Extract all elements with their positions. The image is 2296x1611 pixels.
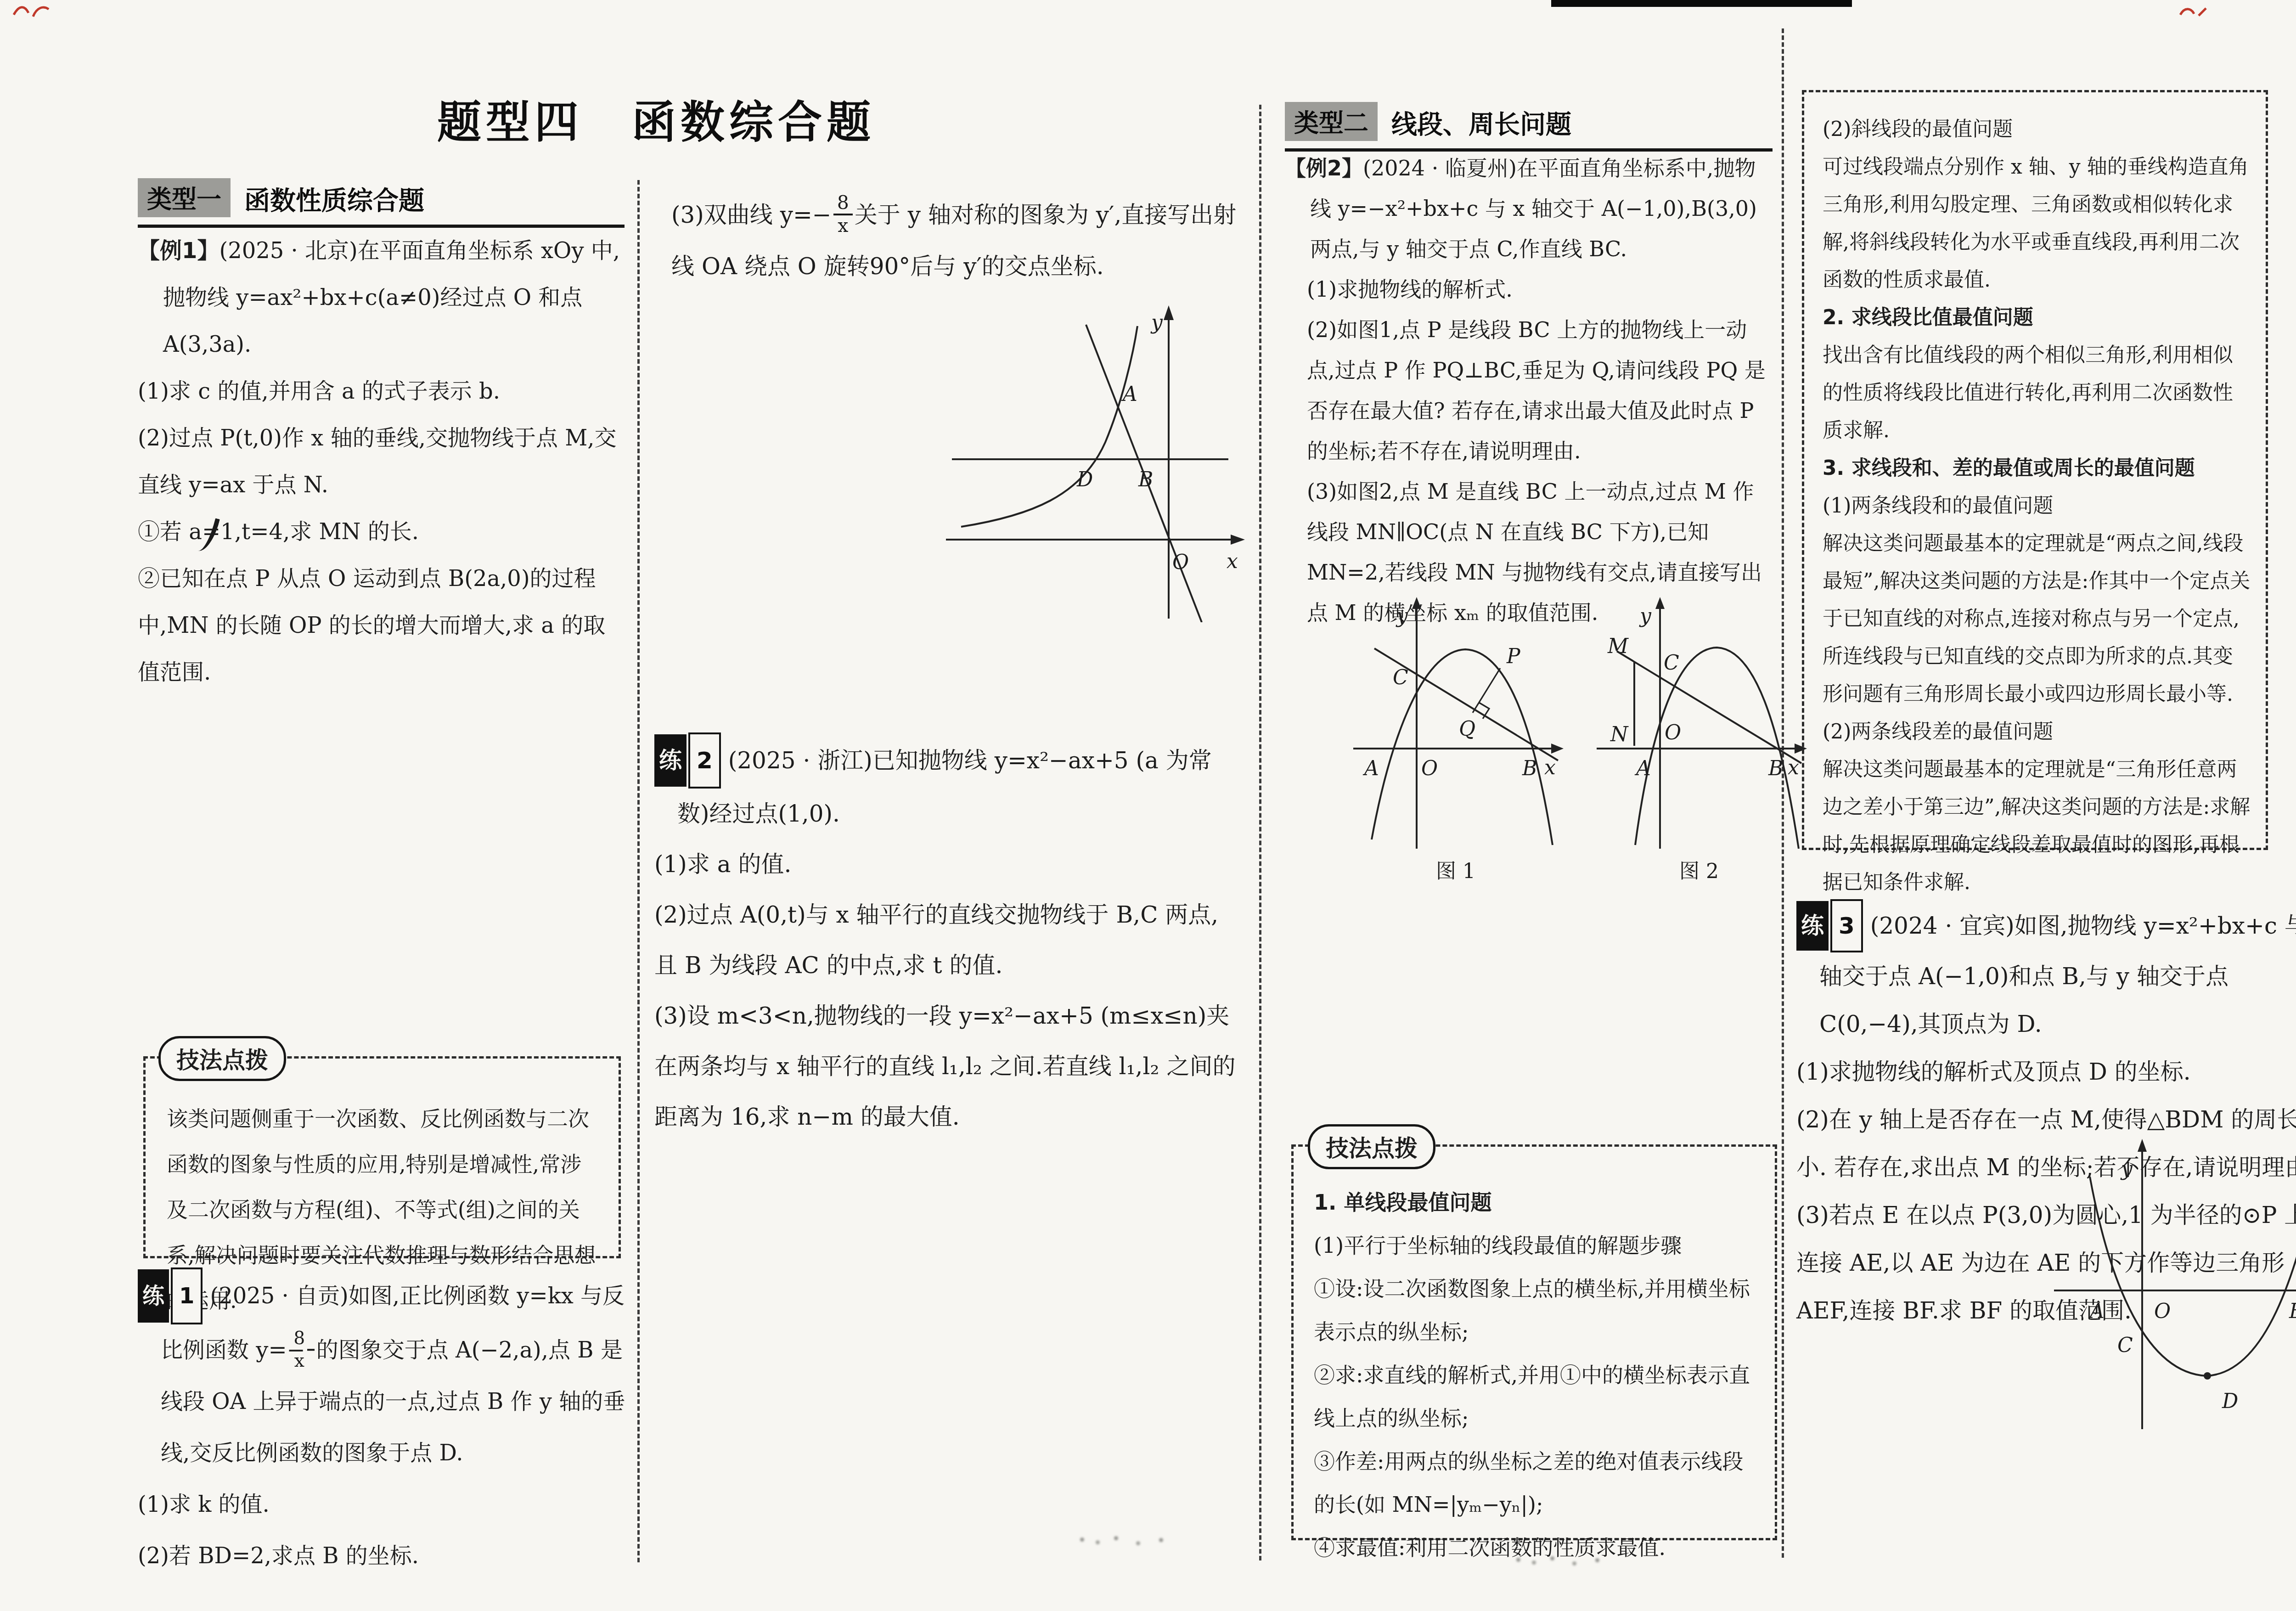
scan-artifact-red-mark-left [11, 1, 52, 22]
point-label-P: P [1506, 645, 1521, 668]
point-label-D: D [1076, 468, 1093, 491]
tips-badge-1: 技法点拨 [158, 1036, 286, 1081]
fraction-8-over-x: 8x [307, 1329, 315, 1371]
workbook-page: 题型四 函数综合题 类型一 函数性质综合题 【例1】(2025 · 北京)在平面… [0, 0, 2296, 1611]
fraction-8-over-x: 8x [833, 192, 853, 237]
axis-label-y: y [2120, 1157, 2133, 1181]
practice2-q1: (1)求 a 的值. [654, 839, 1238, 890]
practice3-badge: 练 [1796, 901, 1829, 951]
practice3-q1: (1)求抛物线的解析式及顶点 D 的坐标. [1796, 1048, 2296, 1096]
tips2-step1: ①设:设二次函数图象上点的横坐标,并用横坐标表示点的纵坐标; [1314, 1267, 1758, 1353]
axis-label-x: x [1227, 550, 1238, 573]
axis-label-y: y [1639, 604, 1652, 628]
example1-q2: (2)过点 P(t,0)作 x 轴的垂线,交抛物线于点 M,交直线 y=ax 于… [138, 415, 625, 508]
practice2-badge: 练 [654, 734, 687, 787]
figure-1: y x A O B C P Q 图 1 [1348, 597, 1564, 884]
axis-label-x: x [1544, 756, 1556, 779]
scan-artifact-red-mark-right [2178, 3, 2210, 21]
tips3-diff-heading: (2)两条线段差的最值问题 [1823, 713, 2252, 751]
tips3-slant-body: 可过线段端点分别作 x 轴、y 轴的垂线构造直角三角形,利用勾股定理、三角函数或… [1823, 148, 2252, 299]
point-label-B: B [1138, 468, 1153, 491]
example2-q1: (1)求抛物线的解析式. [1307, 269, 1773, 310]
example1-intro: 【例1】(2025 · 北京)在平面直角坐标系 xOy 中,抛物线 y=ax²+… [138, 227, 625, 368]
point-label-A: A [2088, 1300, 2105, 1323]
section-header-type2: 类型二 线段、周长问题 [1285, 102, 1773, 152]
point-label-B: B [2289, 1300, 2296, 1323]
tips3-sum-heading: (1)两条线段和的最值问题 [1823, 487, 2252, 525]
point-label-A: A [1634, 757, 1651, 780]
tips2-step2: ②求:求直线的解析式,并用①中的横坐标表示直线上点的纵坐标; [1314, 1353, 1758, 1440]
tips-box-1: 该类问题侧重于一次函数、反比例函数与二次函数的图象与性质的应用,特别是增减性,常… [143, 1056, 621, 1258]
practice2-q3: (3)设 m<3<n,抛物线的一段 y=x²−ax+5 (m≤x≤n)夹在两条均… [654, 991, 1238, 1142]
example2-q2: (2)如图1,点 P 是线段 BC 上方的抛物线上一动点,过点 P 作 PQ⊥B… [1307, 310, 1773, 471]
example1-q3: (3)双曲线 y=−8x关于 y 轴对称的图象为 y′,直接写出射线 OA 绕点… [671, 189, 1241, 292]
tips2-step4: ④求最值:利用二次函数的性质求最值. [1314, 1526, 1758, 1569]
scan-artifact-black-bar [1551, 0, 1852, 7]
example2-marker: 【例2】 [1285, 156, 1363, 180]
tips2-step-intro: (1)平行于坐标轴的线段最值的解题步骤 [1314, 1224, 1758, 1267]
section-tag: 类型二 [1285, 102, 1378, 141]
section-header-type1: 类型一 函数性质综合题 [138, 178, 625, 228]
point-label-B: B [1768, 757, 1783, 780]
practice1-number: 1 [171, 1267, 203, 1324]
figure-1-caption: 图 1 [1348, 855, 1564, 884]
practice1-badge: 练 [138, 1269, 169, 1323]
point-label-A: A [1362, 757, 1379, 780]
tips-badge-2: 技法点拨 [1308, 1124, 1435, 1169]
practice2-block: 练2(2025 · 浙江)已知抛物线 y=x²−ax+5 (a 为常数)经过点(… [654, 732, 1238, 1142]
practice1-intro: 练1(2025 · 自贡)如图,正比例函数 y=kx 与反比例函数 y=−8x的… [138, 1267, 625, 1479]
example1-marker: 【例1】 [138, 238, 219, 264]
section-title: 线段、周长问题 [1391, 104, 1571, 141]
tips2-heading1: 1. 单线段最值问题 [1314, 1181, 1758, 1224]
tips3-heading3: 3. 求线段和、差的最值或周长的最值问题 [1823, 450, 2252, 487]
point-label-C: C [1664, 651, 1679, 675]
tips3-heading2: 2. 求线段比值最值问题 [1823, 299, 2252, 337]
practice1-q2: (2)若 BD=2,求点 B 的坐标. [138, 1530, 625, 1582]
practice2-q2: (2)过点 A(0,t)与 x 轴平行的直线交抛物线于 B,C 两点,且 B 为… [654, 890, 1238, 991]
tips-box-3: (2)斜线段的最值问题 可过线段端点分别作 x 轴、y 轴的垂线构造直角三角形,… [1802, 90, 2268, 850]
axis-label-y: y [1150, 311, 1163, 334]
practice3-intro: 练3(2024 · 宜宾)如图,抛物线 y=x²+bx+c 与 x 轴交于点 A… [1796, 899, 2296, 1048]
figure-parabola-vertex: y x A O B C D [2046, 1134, 2296, 1437]
example2-intro: 【例2】(2024 · 临夏州)在平面直角坐标系中,抛物线 y=−x²+bx+c… [1285, 148, 1773, 269]
example2-block: 【例2】(2024 · 临夏州)在平面直角坐标系中,抛物线 y=−x²+bx+c… [1285, 148, 1773, 633]
point-label-C: C [1393, 666, 1408, 689]
figure-2-caption: 图 2 [1591, 855, 1807, 884]
figure-hyperbola-line: y x O A D B [934, 301, 1247, 622]
example1-q2-sub2: ②已知在点 P 从点 O 运动到点 B(2a,0)的过程中,MN 的长随 OP … [138, 555, 625, 696]
section-tag: 类型一 [138, 178, 231, 217]
tips3-sum-body: 解决这类问题最基本的定理就是“两点之间,线段最短”,解决这类问题的方法是:作其中… [1823, 525, 2252, 713]
practice1-block: 练1(2025 · 自贡)如图,正比例函数 y=kx 与反比例函数 y=−8x的… [138, 1267, 625, 1582]
practice2-number: 2 [688, 732, 721, 789]
tips2-step3: ③作差:用两点的纵坐标之差的绝对值表示线段的长(如 MN=|yₘ−yₙ|); [1314, 1440, 1758, 1526]
tips3-slant-heading: (2)斜线段的最值问题 [1823, 111, 2252, 148]
example1-q2-sub1: ①若 a=1,t=4,求 MN 的长. [138, 508, 625, 555]
example1-q3-block: (3)双曲线 y=−8x关于 y 轴对称的图象为 y′,直接写出射线 OA 绕点… [671, 189, 1241, 292]
example2-figures: y x A O B C P Q 图 1 y x M [1348, 597, 1807, 884]
tips-box-2: 1. 单线段最值问题 (1)平行于坐标轴的线段最值的解题步骤 ①设:设二次函数图… [1291, 1144, 1777, 1540]
section-title: 函数性质综合题 [244, 180, 424, 217]
point-label-M: M [1607, 635, 1629, 658]
practice2-intro: 练2(2025 · 浙江)已知抛物线 y=x²−ax+5 (a 为常数)经过点(… [654, 732, 1238, 839]
point-label-D: D [2222, 1390, 2238, 1413]
point-label-C: C [2117, 1334, 2133, 1357]
point-label-A: A [1121, 383, 1137, 406]
tips3-diff-body: 解决这类问题最基本的定理就是“三角形任意两边之差小于第三边”,解决这类问题的方法… [1823, 751, 2252, 901]
example1-block: 【例1】(2025 · 北京)在平面直角坐标系 xOy 中,抛物线 y=ax²+… [138, 227, 625, 696]
practice1-q1: (1)求 k 的值. [138, 1479, 625, 1530]
point-label-O: O [1421, 757, 1438, 780]
example1-q1: (1)求 c 的值,并用含 a 的式子表示 b. [138, 368, 625, 415]
scan-artifact-smudge-1 [1080, 1538, 1084, 1542]
point-label-O: O [2154, 1300, 2171, 1323]
point-label-O: O [1665, 721, 1681, 744]
point-label-B: B [1522, 757, 1537, 780]
axis-label-y: y [1396, 604, 1408, 628]
point-label-Q: Q [1459, 717, 1475, 741]
page-title: 题型四 函数综合题 [437, 87, 875, 150]
figure-2: y x M C N O A B 图 2 [1591, 597, 1807, 884]
axis-label-x: x [1788, 756, 1799, 779]
column-divider-2 [1259, 105, 1261, 1560]
point-label-O: O [1172, 551, 1189, 574]
tips3-ratio-body: 找出含有比值线段的两个相似三角形,利用相似的性质将线段比值进行转化,再利用二次函… [1823, 337, 2252, 450]
column-divider-1 [637, 180, 640, 1562]
point-label-N: N [1610, 723, 1629, 746]
practice3-number: 3 [1830, 899, 1863, 952]
